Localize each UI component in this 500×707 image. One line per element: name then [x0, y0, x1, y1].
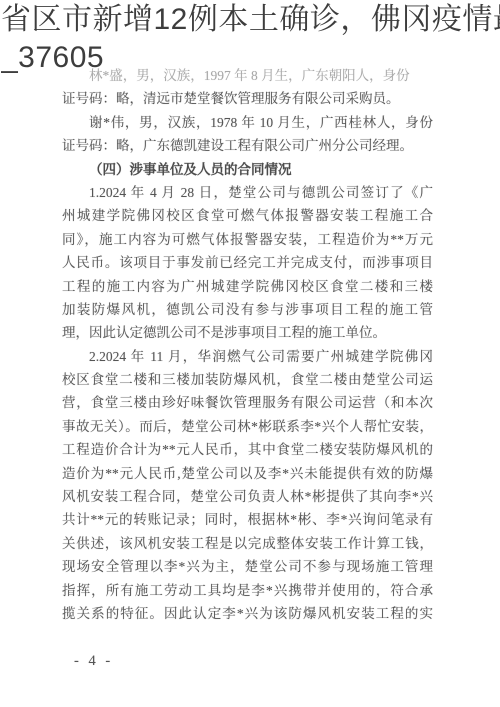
doc-line: 证号码：略，广东德凯建设工程有限公司广州分公司经理。	[62, 134, 433, 157]
scanned-document-body: 林*盛，男，汉族，1997 年 8 月生，广东朝阳人，身份 证号码：略，清远市楚…	[62, 64, 433, 625]
page-number: - 4 -	[74, 653, 113, 670]
doc-line: 现场安全管理以李*兴为主，楚堂公司不参与现场施工管理	[62, 555, 433, 578]
doc-line: 加装防爆风机，德凯公司没有参与涉事项目工程的施工管	[62, 298, 433, 321]
doc-line: 人民币。该项目于事发前已经完工并完成支付，而涉事项目	[62, 251, 433, 274]
doc-line: 州城建学院佛冈校区食堂可燃气体报警器安装工程施工合	[62, 204, 433, 227]
doc-line: 1.2024 年 4 月 28 日，楚堂公司与德凯公司签订了《广	[62, 181, 433, 204]
doc-line: 谢*伟，男，汉族，1978 年 10 月生，广西桂林人，身份	[62, 111, 433, 134]
doc-line: 同》，施工内容为可燃气体报警器安装，工程造价为**万元	[62, 228, 433, 251]
doc-line: 校区食堂二楼和三楼加装防爆风机，食堂二楼由楚堂公司运	[62, 368, 433, 391]
doc-line: 共计**元的转账记录；同时，根据林*彬、李*兴询问笔录有	[62, 508, 433, 531]
page: { "header": { "title_line1": "省区市新增12例本土…	[0, 0, 500, 707]
doc-line: 揽关系的特征。因此认定李*兴为该防爆风机安装工程的实	[62, 602, 433, 625]
doc-line: 工程的施工内容为广州城建学院佛冈校区食堂二楼和三楼	[62, 275, 433, 298]
doc-line: 事故无关）。而后，楚堂公司林*彬联系李*兴个人帮忙安装，	[62, 415, 433, 438]
doc-line: 风机安装工程合同，楚堂公司负责人林*彬提供了其向李*兴	[62, 485, 433, 508]
doc-line: 关供述，该风机安装工程是以完成整体安装工作计算工钱，	[62, 532, 433, 555]
doc-line: 造价为**元人民币,楚堂公司以及李*兴未能提供有效的防爆	[62, 462, 433, 485]
doc-line: 指挥，所有施工劳动工具均是李*兴携带并使用的，符合承	[62, 579, 433, 602]
page-title-line-1: 省区市新增12例本土确诊，佛冈疫情最新消	[1, 1, 500, 39]
doc-line: 林*盛，男，汉族，1997 年 8 月生，广东朝阳人，身份	[62, 64, 433, 87]
doc-section-heading: （四）涉事单位及人员的合同情况	[62, 158, 433, 181]
doc-line: 营，食堂三楼由珍好味餐饮管理服务有限公司运营（和本次	[62, 391, 433, 414]
doc-line: 2.2024 年 11 月，华润燃气公司需要广州城建学院佛冈	[62, 345, 433, 368]
doc-line: 工程造价合计为**元人民币，其中食堂二楼安装防爆风机的	[62, 438, 433, 461]
doc-line: 证号码：略，清远市楚堂餐饮管理服务有限公司采购员。	[62, 87, 433, 110]
doc-line: 理，因此认定德凯公司不是涉事项目工程的施工单位。	[62, 321, 433, 344]
